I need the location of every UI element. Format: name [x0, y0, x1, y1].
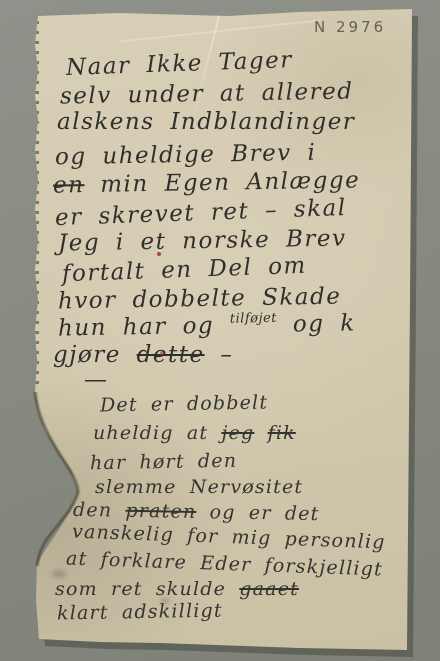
handwriting-line: alskens Indblandinger: [57, 110, 355, 135]
handwriting-text: og er det: [196, 501, 319, 525]
handwriting-text: [254, 422, 267, 444]
handwriting-text: og uheldige Brev i: [55, 140, 317, 171]
handwriting-line: Naar Ikke Tager: [66, 48, 294, 81]
handwriting-text: som ret skulde: [55, 578, 239, 600]
handwriting-text: Naar Ikke Tager: [66, 47, 294, 81]
handwriting-text: uheldig at: [93, 422, 221, 444]
handwriting-text: tilføjet: [230, 311, 277, 327]
separator-dash: —: [84, 368, 109, 393]
handwriting-text: den: [73, 499, 126, 522]
struck-word: praten: [125, 500, 196, 523]
perforated-edge: [33, 16, 39, 388]
handwriting-line: at forklare Eder forskjelligt: [66, 548, 384, 580]
struck-word: jeg: [221, 422, 254, 444]
crease-mark: [120, 20, 319, 42]
handwriting-line: selv under at allered: [60, 79, 354, 109]
handwriting-text: slemme Nervøsitet: [95, 476, 303, 498]
handwriting-text: –: [205, 342, 234, 368]
handwriting-line: hun har og tilføjet og k: [58, 310, 356, 341]
handwriting-line: Det er dobbelt: [100, 393, 269, 417]
struck-word: fik: [268, 422, 296, 444]
photograph-background: N 2976 Naar Ikke Tager selv under at all…: [0, 0, 440, 661]
handwriting-line: en min Egen Anlægge: [53, 168, 361, 199]
struck-word: en: [53, 172, 85, 199]
handwriting-text: har hørt den: [90, 450, 238, 475]
handwriting-line: og uheldige Brev i: [55, 141, 317, 171]
handwriting-line: har hørt den: [90, 451, 238, 474]
manuscript-paper: N 2976 Naar Ikke Tager selv under at all…: [0, 0, 440, 661]
red-ink-dot: [160, 351, 164, 355]
handwriting-text: at forklare Eder forskjelligt: [66, 547, 384, 580]
handwriting-text: alskens Indblandinger: [57, 109, 355, 135]
handwriting-text: klart adskilligt: [57, 600, 223, 625]
handwriting-line: gjøre dette –: [53, 343, 233, 368]
handwriting-text: selv under at allered: [60, 78, 354, 109]
handwriting-text: og k: [277, 310, 356, 337]
handwriting-line: hvor dobbelte Skade: [58, 285, 342, 315]
smudge-mark: [52, 570, 66, 578]
handwriting-line: som ret skulde gaaet: [55, 579, 299, 600]
handwriting-line: uheldig at jeg fik: [93, 423, 296, 444]
handwriting-text: hun har og: [58, 313, 230, 342]
handwriting-line: slemme Nervøsitet: [95, 477, 303, 498]
red-ink-dot: [157, 252, 161, 256]
handwriting-text: hvor dobbelte Skade: [58, 284, 342, 315]
handwriting-line: klart adskilligt: [57, 601, 223, 625]
struck-word: gaaet: [239, 578, 299, 600]
archive-number: N 2976: [314, 18, 386, 36]
handwriting-text: gjøre: [53, 342, 137, 368]
handwriting-line: fortalt en Del om: [62, 254, 308, 288]
struck-word: dette: [137, 342, 205, 368]
handwriting-text: fortalt en Del om: [62, 253, 308, 288]
handwriting-text: min Egen Anlægge: [84, 167, 360, 198]
handwriting-text: —: [84, 367, 109, 393]
handwriting-text: Det er dobbelt: [100, 392, 269, 417]
